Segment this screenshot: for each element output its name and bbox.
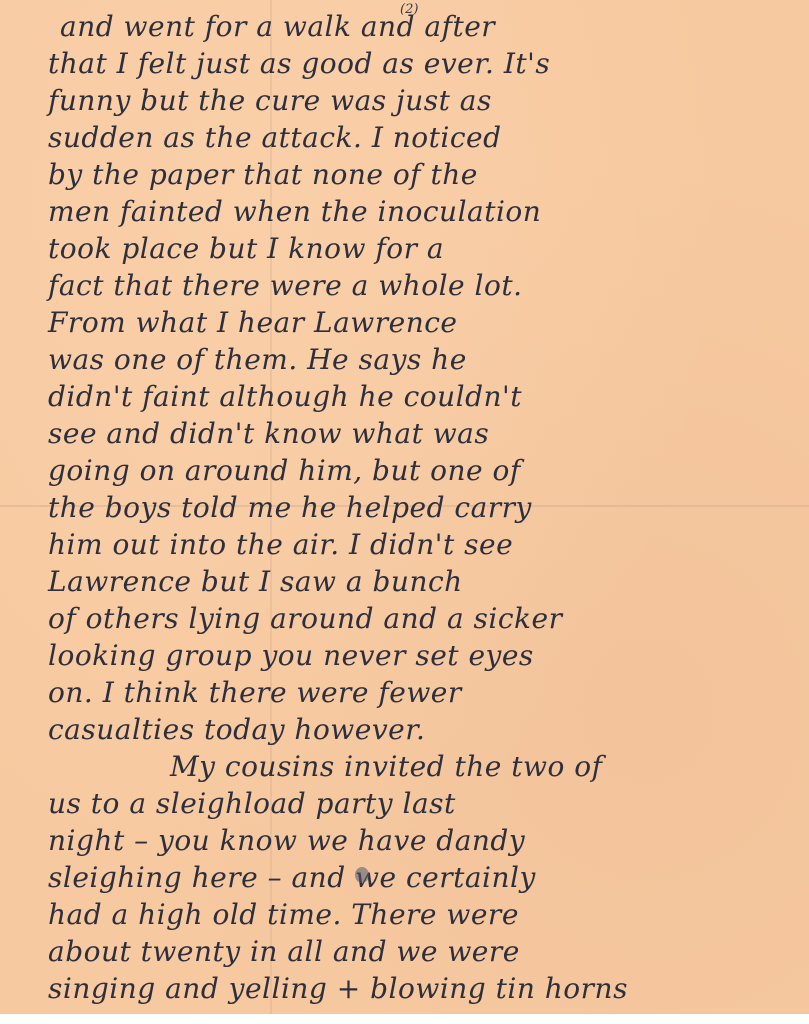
letter-line: that I felt just as good as ever. It's	[48, 47, 550, 80]
letter-line: My cousins invited the two of	[170, 750, 602, 783]
letter-line: of others lying around and a sicker	[48, 602, 562, 635]
letter-line: From what I hear Lawrence	[48, 306, 458, 339]
letter-line: men fainted when the inoculation	[48, 195, 541, 228]
letter-line: by the paper that none of the	[48, 158, 478, 191]
scan-margin	[0, 1014, 809, 1024]
letter-line: Lawrence but I saw a bunch	[48, 565, 463, 598]
letter-line: and went for a walk and after	[60, 10, 495, 43]
letter-line: funny but the cure was just as	[48, 84, 492, 117]
letter-line: see and didn't know what was	[48, 417, 489, 450]
letter-line: fact that there were a whole lot.	[48, 269, 522, 302]
letter-line: had a high old time. There were	[48, 898, 519, 931]
letter-line: sudden as the attack. I noticed	[48, 121, 502, 154]
letter-line: going on around him, but one of	[48, 454, 521, 487]
letter-line: was one of them. He says he	[48, 343, 467, 376]
letter-line: night – you know we have dandy	[48, 824, 525, 857]
letter-line: the boys told me he helped carry	[48, 491, 532, 524]
letter-line: about twenty in all and we were	[48, 935, 520, 968]
letter-line: didn't faint although he couldn't	[48, 380, 522, 413]
letter-line: us to a sleighload party last	[48, 787, 456, 820]
letter-line: casualties today however.	[48, 713, 425, 746]
letter-line: him out into the air. I didn't see	[48, 528, 513, 561]
letter-page: (2) and went for a walk and after that I…	[0, 0, 809, 1014]
letter-line: singing and yelling + blowing tin horns	[48, 972, 628, 1005]
letter-line: looking group you never set eyes	[48, 639, 534, 672]
ink-blot	[355, 867, 369, 883]
letter-line: on. I think there were fewer	[48, 676, 462, 709]
letter-line: took place but I know for a	[48, 232, 444, 265]
letter-line: sleighing here – and we certainly	[48, 861, 536, 894]
